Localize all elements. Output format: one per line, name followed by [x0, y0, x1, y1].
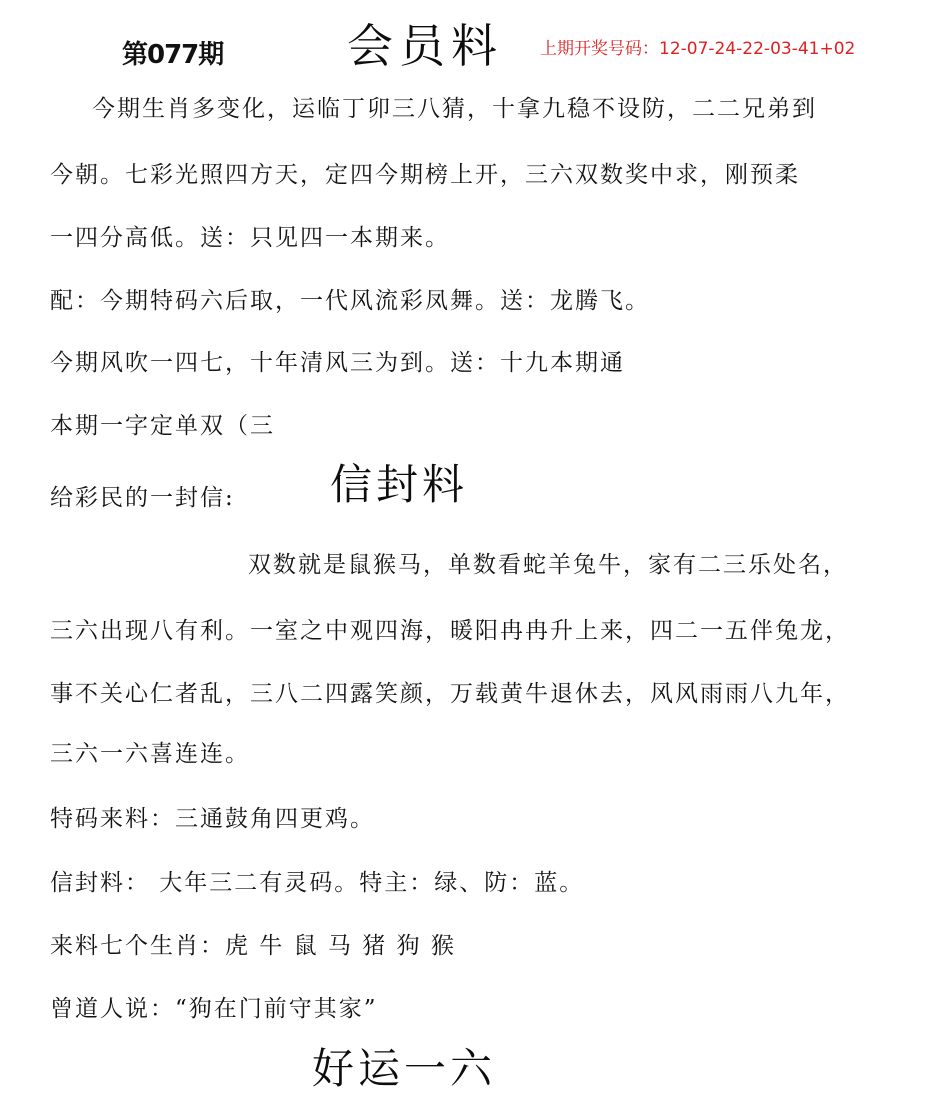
- poem-line: 一四分高低。送：只见四一本期来。: [50, 219, 450, 252]
- poem-line: 今期生肖多变化，运临丁卯三八猜，十拿九稳不设防，二二兄弟到: [92, 90, 817, 123]
- info-line: 来料七个生肖：虎 牛 鼠 马 猪 狗 猴: [50, 927, 456, 960]
- page-title: 会员料: [347, 10, 503, 76]
- letter-line: 事不关心仁者乱，三八二四露笑颜，万载黄牛退休去，风风雨雨八九年，: [50, 675, 850, 708]
- letter-label: 给彩民的一封信:: [50, 479, 235, 512]
- letter-line: 三六出现八有利。一室之中观四海，暖阳冉冉升上来，四二一五伴兔龙，: [50, 612, 850, 645]
- poem-line: 今朝。七彩光照四方天，定四今期榜上开，三六双数奖中求，刚预柔: [50, 156, 800, 189]
- letter-line: 三六一六喜连连。: [50, 735, 250, 768]
- footer-slogan: 好运一六: [312, 1036, 496, 1096]
- info-line: 曾道人说：“狗在门前守其家”: [50, 990, 378, 1023]
- info-line: 特码来料：三通鼓角四更鸡。: [50, 800, 375, 833]
- last-draw-numbers: 上期开奖号码：12-07-24-22-03-41+02: [540, 34, 855, 59]
- letter-line: 双数就是鼠猴马，单数看蛇羊兔牛，家有二三乐处名，: [248, 546, 848, 579]
- letter-title: 信封料: [330, 452, 468, 512]
- poem-line: 今期风吹一四七，十年清风三为到。送：十九本期通: [50, 344, 625, 377]
- poem-line: 配：今期特码六后取，一代风流彩凤舞。送：龙腾飞。: [50, 282, 650, 315]
- issue-number: 第077期: [122, 34, 223, 71]
- poem-line: 本期一字定单双（三: [50, 407, 275, 440]
- info-line: 信封料： 大年三二有灵码。特主：绿、防：蓝。: [50, 864, 584, 897]
